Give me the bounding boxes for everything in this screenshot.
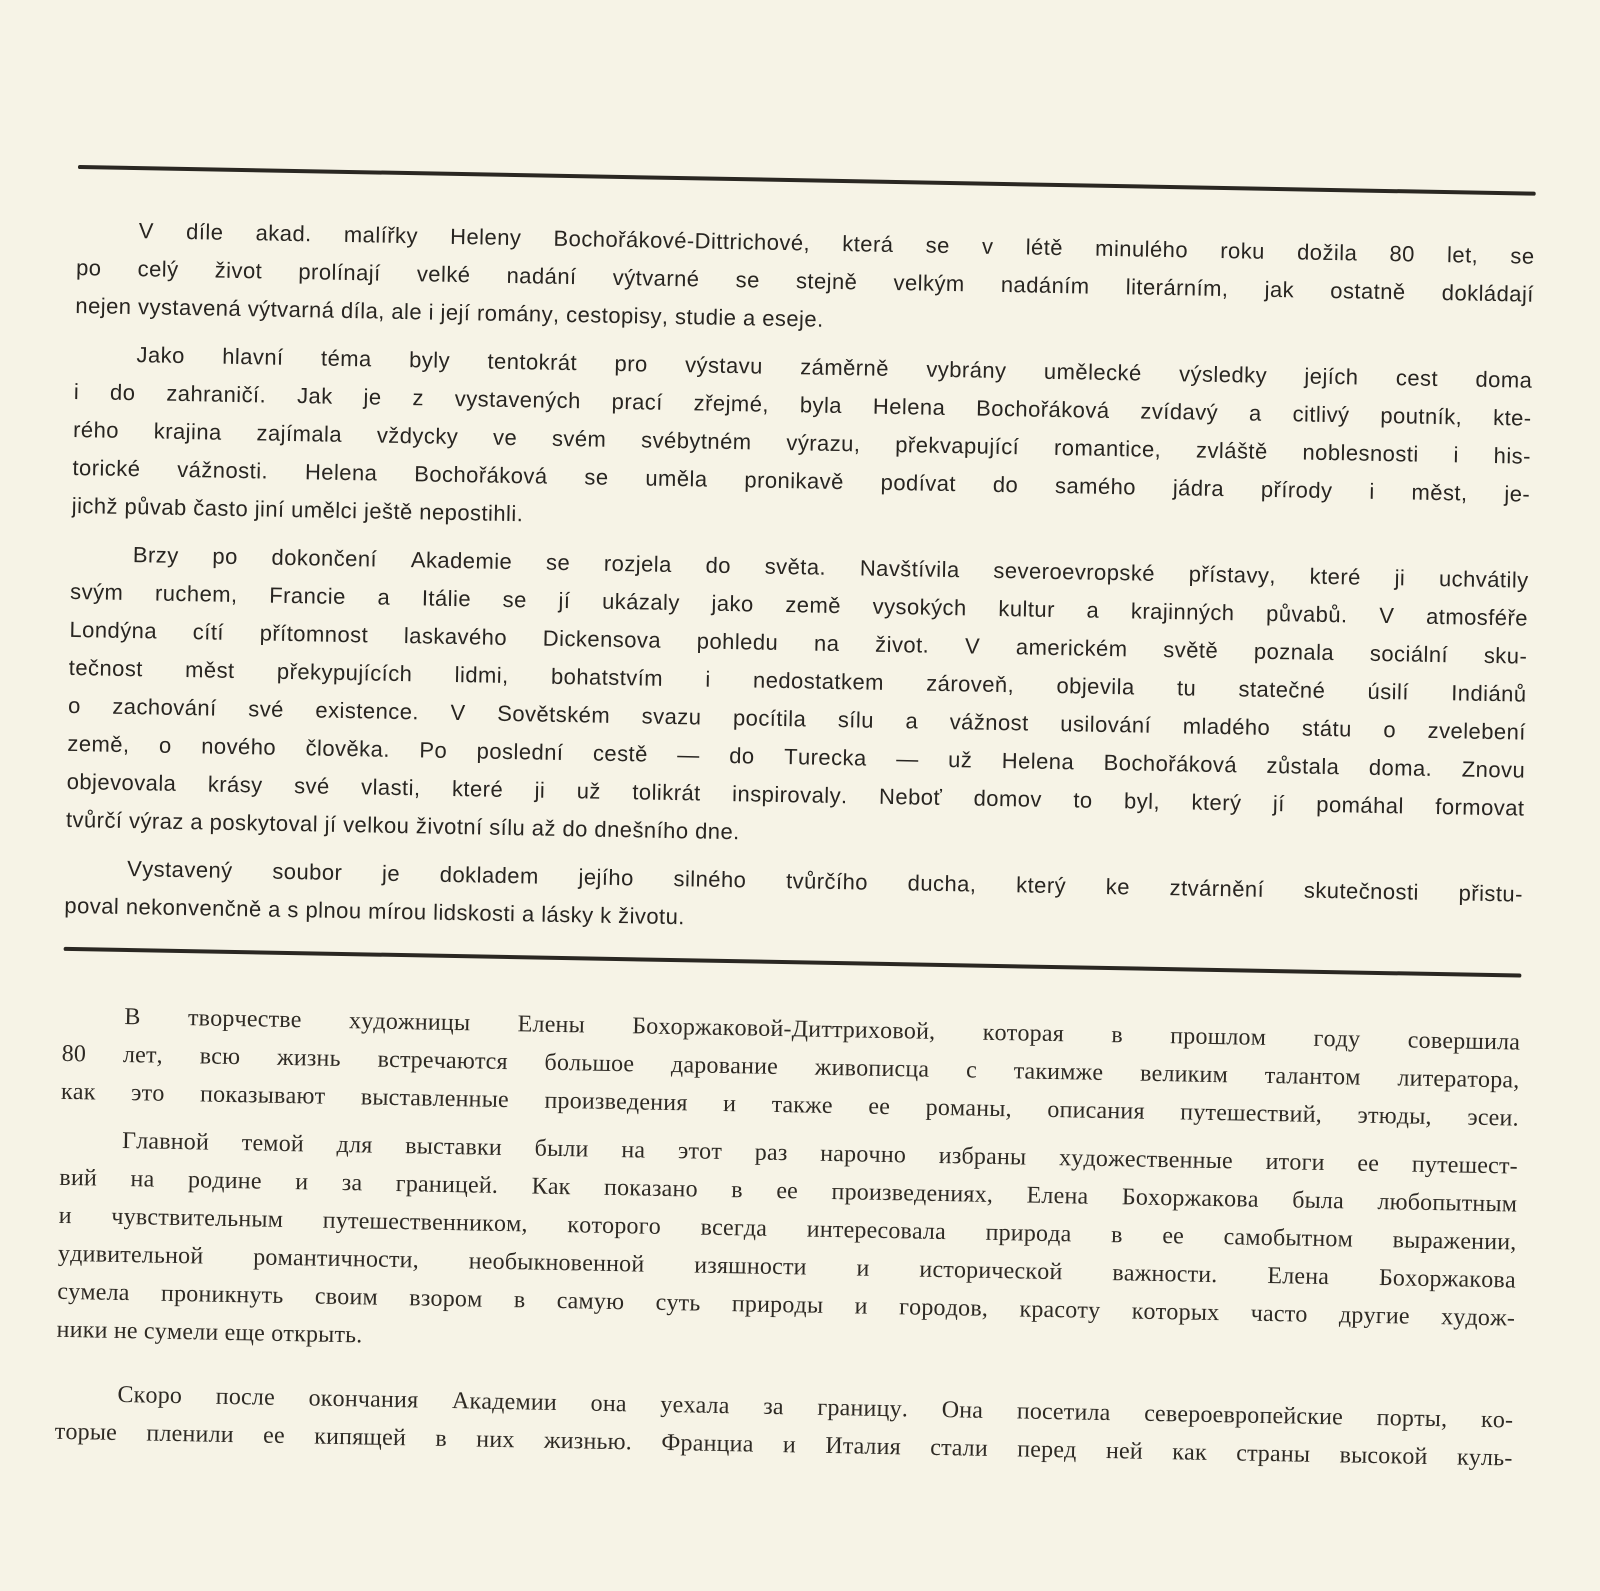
- top-rule: [78, 165, 1536, 196]
- russian-paragraph-1: В творчестве художницы Елены Бохоржаково…: [61, 997, 1521, 1138]
- czech-paragraph-4: Vystavený soubor je dokladem jejího siln…: [64, 849, 1523, 952]
- page-content: V díle akad. malířky Heleny Bochořákové-…: [54, 165, 1536, 1488]
- russian-paragraph-3: Скоро после окончания Академии она уехал…: [54, 1375, 1513, 1478]
- czech-paragraph-3: Brzy po dokončení Akademie se rozjela do…: [66, 535, 1529, 866]
- russian-text-section: В творчестве художницы Елены Бохоржаково…: [54, 997, 1520, 1478]
- czech-text-section: V díle akad. malířky Heleny Bochořákové-…: [64, 211, 1535, 952]
- russian-paragraph-2: Главной темой для выставки были на этот …: [56, 1121, 1518, 1376]
- scanned-page: V díle akad. malířky Heleny Bochořákové-…: [0, 0, 1600, 1591]
- czech-paragraph-2: Jako hlavní téma byly tentokrát pro výst…: [71, 335, 1532, 552]
- czech-paragraph-1: V díle akad. malířky Heleny Bochořákové-…: [75, 211, 1535, 352]
- middle-rule: [64, 947, 1522, 978]
